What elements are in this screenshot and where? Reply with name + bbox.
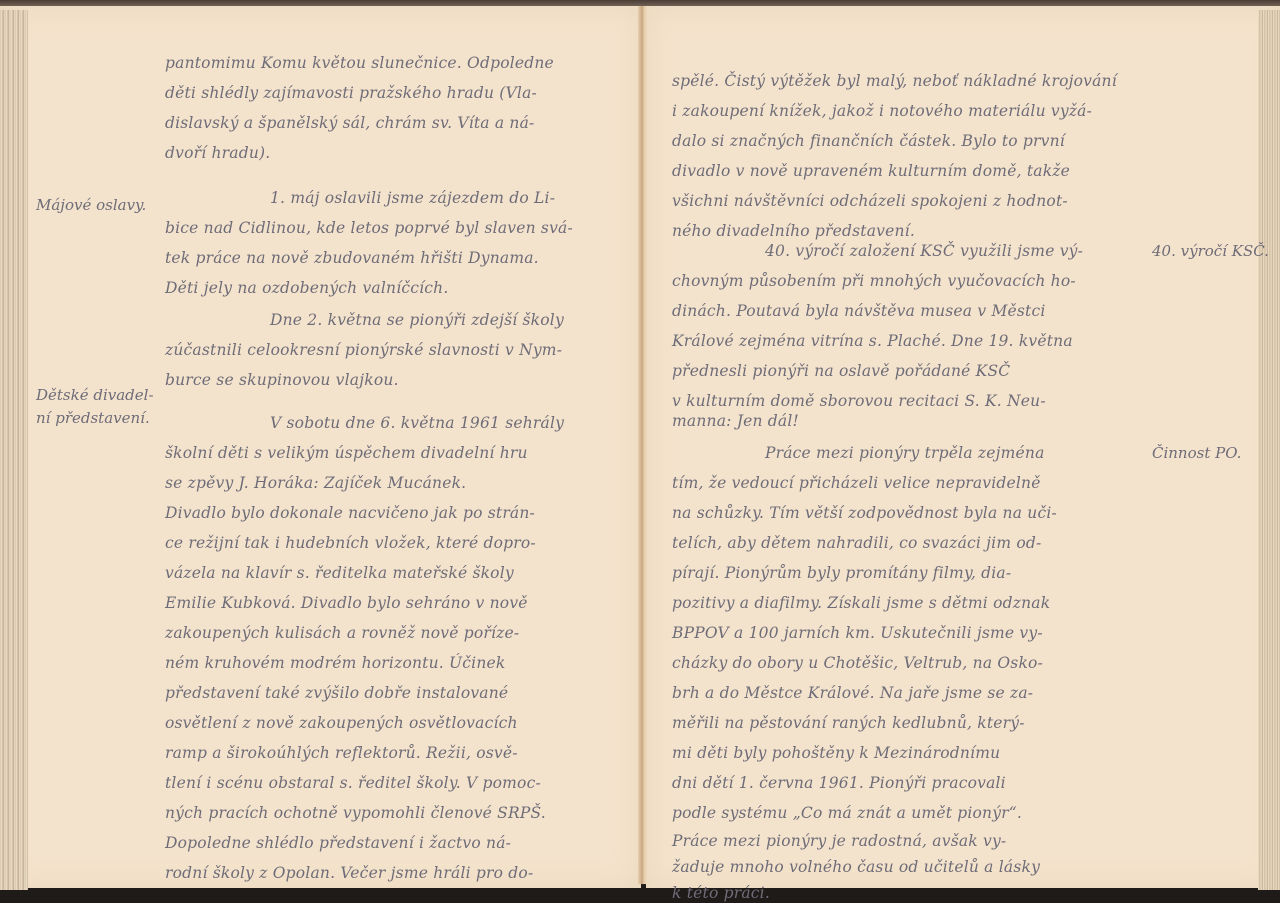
margin-note: Májové oslavy. (36, 190, 146, 220)
handwritten-line: ramp a širokoúhlých reflektorů. Režii, o… (165, 738, 518, 768)
handwritten-line: burce se skupinovou vlajkou. (165, 365, 399, 395)
handwritten-line: osvětlení z nově zakoupených osvětlovací… (165, 708, 518, 738)
handwritten-line: podle systému „Co má znát a umět pionýr“… (672, 798, 1022, 828)
handwritten-line: tím, že vedoucí přicházeli velice neprav… (672, 468, 1041, 498)
margin-note: Činnost PO. (1152, 438, 1241, 468)
handwritten-line: i zakoupení knížek, jakož i notového mat… (672, 96, 1092, 126)
handwritten-line: rodní školy z Opolan. Večer jsme hráli p… (165, 858, 533, 888)
handwritten-line: 1. máj oslavili jsme zájezdem do Li- (270, 183, 555, 213)
handwritten-line: k této práci. (672, 878, 770, 903)
handwritten-line: BPPOV a 100 jarních km. Uskutečnili jsme… (672, 618, 1043, 648)
handwritten-line: zakoupených kulisách a rovněž nově poříz… (165, 618, 519, 648)
handwritten-line: ných pracích ochotně vypomohli členové S… (165, 798, 546, 828)
handwritten-line: Králové zejména vitrína s. Plaché. Dne 1… (672, 326, 1073, 356)
handwritten-line: ce režijní tak i hudebních vložek, které… (165, 528, 536, 558)
handwritten-line: chovným působením při mnohých vyučovacíc… (672, 266, 1076, 296)
handwritten-line: divadlo v nově upraveném kulturním domě,… (672, 156, 1070, 186)
handwritten-line: tek práce na nově zbudovaném hřišti Dyna… (165, 243, 539, 273)
margin-note: 40. výročí KSČ. (1152, 236, 1269, 266)
handwritten-line: Děti jely na ozdobených valníčcích. (165, 273, 448, 303)
handwritten-line: manna: Jen dál! (672, 406, 799, 436)
handwritten-line: představení také zvýšilo dobře instalova… (165, 678, 508, 708)
handwritten-line: ném kruhovém modrém horizontu. Účinek (165, 648, 505, 678)
handwritten-line: na schůzky. Tím větší zodpovědnost byla … (672, 498, 1057, 528)
handwritten-line: 40. výročí založení KSČ využili jsme vý- (765, 236, 1083, 266)
handwritten-line: cházky do obory u Chotěšic, Veltrub, na … (672, 648, 1043, 678)
page-stack-edge-right (1258, 10, 1280, 890)
open-book: Májové oslavy.Dětské divadel-ní představ… (0, 0, 1280, 903)
handwritten-line: mi děti byly pohoštěny k Mezinárodnímu (672, 738, 1000, 768)
handwritten-line: všichni návštěvníci odcházeli spokojeni … (672, 186, 1068, 216)
handwritten-line: vázela na klavír s. ředitelka mateřské š… (165, 558, 514, 588)
handwritten-line: Práce mezi pionýry trpěla zejména (765, 438, 1045, 468)
handwritten-line: Divadlo bylo dokonale nacvičeno jak po s… (165, 498, 535, 528)
page-stack-edge-left (0, 10, 28, 890)
handwritten-line: zúčastnili celookresní pionýrské slavnos… (165, 335, 562, 365)
handwritten-line: pantomimu Komu květou slunečnice. Odpole… (165, 48, 554, 78)
handwritten-line: přednesli pionýři na oslavě pořádané KSČ (672, 356, 1010, 386)
handwritten-line: brh a do Městce Králové. Na jaře jsme se… (672, 678, 1033, 708)
book-gutter (638, 6, 648, 884)
handwritten-line: dni dětí 1. června 1961. Pionýři pracova… (672, 768, 1006, 798)
handwritten-line: tlení i scénu obstaral s. ředitel školy.… (165, 768, 541, 798)
margin-note: ní představení. (36, 403, 150, 433)
handwritten-line: dinách. Poutavá byla návštěva musea v Mě… (672, 296, 1046, 326)
handwritten-line: bice nad Cidlinou, kde letos poprvé byl … (165, 213, 573, 243)
handwritten-line: dislavský a španělský sál, chrám sv. Vít… (165, 108, 535, 138)
handwritten-line: pírají. Pionýrům byly promítány filmy, d… (672, 558, 1011, 588)
handwritten-line: Dne 2. května se pionýři zdejší školy (270, 305, 564, 335)
handwritten-line: měřili na pěstování raných kedlubnů, kte… (672, 708, 1025, 738)
handwritten-line: spělé. Čistý výtěžek byl malý, neboť nák… (672, 66, 1117, 96)
handwritten-line: telích, aby dětem nahradili, co svazáci … (672, 528, 1041, 558)
handwritten-line: Emilie Kubková. Divadlo bylo sehráno v n… (165, 588, 528, 618)
handwritten-line: dvoří hradu). (165, 138, 270, 168)
handwritten-line: děti shlédly zajímavosti pražského hradu… (165, 78, 537, 108)
handwritten-line: V sobotu dne 6. května 1961 sehrály (270, 408, 564, 438)
handwritten-line: Dopoledne shlédlo představení i žactvo n… (165, 828, 511, 858)
handwritten-line: školní děti s velikým úspěchem divadelní… (165, 438, 528, 468)
handwritten-line: pozitivy a diafilmy. Získali jsme s dětm… (672, 588, 1050, 618)
handwritten-line: dalo si značných finančních částek. Bylo… (672, 126, 1065, 156)
handwritten-line: se zpěvy J. Horáka: Zajíček Mucánek. (165, 468, 466, 498)
